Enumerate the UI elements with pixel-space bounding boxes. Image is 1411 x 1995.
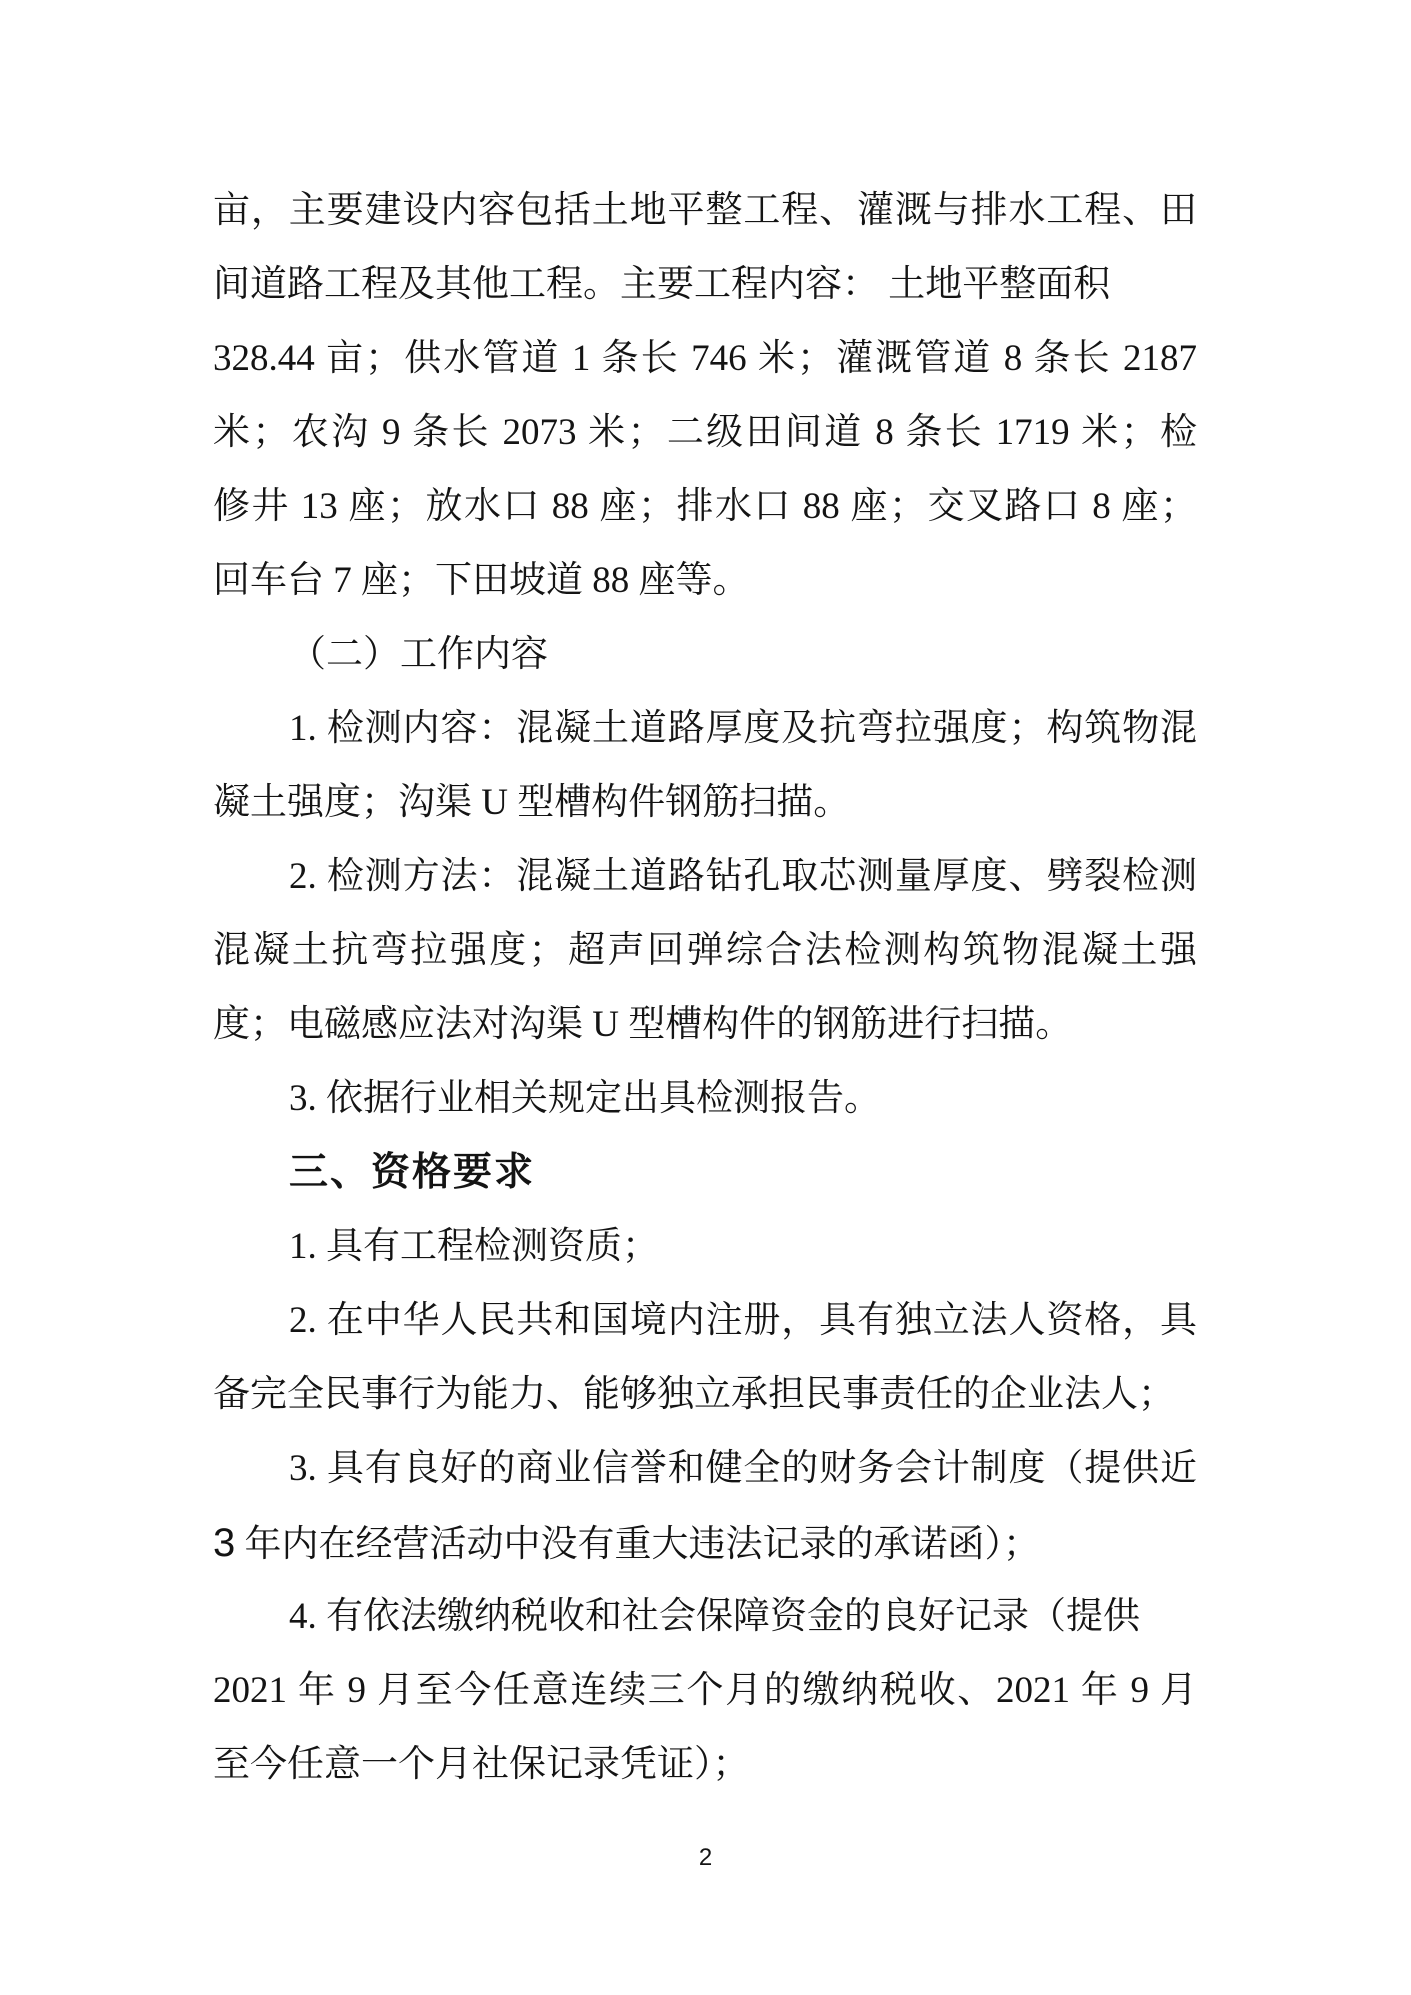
body-line-18: 3. 具有良好的商业信誉和健全的财务会计制度（提供近: [213, 1432, 1197, 1506]
subsection-heading-work-content: （二）工作内容: [213, 618, 1197, 692]
body-line-20: 4. 有依法缴纳税收和社会保障资金的良好记录（提供: [213, 1580, 1197, 1654]
body-line-13: 3. 依据行业相关规定出具检测报告。: [213, 1062, 1197, 1136]
body-line-6: 回车台 7 座；下田坡道 88 座等。: [213, 544, 1197, 618]
body-line-19: 3 年内在经营活动中没有重大违法记录的承诺函）；: [213, 1506, 1197, 1580]
body-line-3: 328.44 亩；供水管道 1 条长 746 米；灌溉管道 8 条长 2187: [213, 322, 1197, 396]
body-line-10: 2. 检测方法：混凝土道路钻孔取芯测量厚度、劈裂检测: [213, 840, 1197, 914]
body-line-9: 凝土强度；沟渠 U 型槽构件钢筋扫描。: [213, 766, 1197, 840]
body-line-19-number: 3: [213, 1521, 235, 1565]
body-line-12: 度；电磁感应法对沟渠 U 型槽构件的钢筋进行扫描。: [213, 988, 1197, 1062]
body-line-17: 备完全民事行为能力、能够独立承担民事责任的企业法人；: [213, 1358, 1197, 1432]
body-line-2: 间道路工程及其他工程。主要工程内容： 土地平整面积: [213, 248, 1197, 322]
body-line-8: 1. 检测内容：混凝土道路厚度及抗弯拉强度；构筑物混: [213, 692, 1197, 766]
body-line-19-text: 年内在经营活动中没有重大违法记录的承诺函）；: [235, 1524, 1040, 1565]
body-line-4: 米；农沟 9 条长 2073 米；二级田间道 8 条长 1719 米；检: [213, 396, 1197, 470]
body-line-11: 混凝土抗弯拉强度；超声回弹综合法检测构筑物混凝土强: [213, 914, 1197, 988]
body-line-21: 2021 年 9 月至今任意连续三个月的缴纳税收、2021 年 9 月: [213, 1654, 1197, 1728]
document-body: 亩，主要建设内容包括土地平整工程、灌溉与排水工程、田 间道路工程及其他工程。主要…: [213, 174, 1197, 1802]
page-number: 2: [0, 1843, 1411, 1873]
body-line-1: 亩，主要建设内容包括土地平整工程、灌溉与排水工程、田: [213, 174, 1197, 248]
section-heading-qualification-requirements: 三、资格要求: [213, 1136, 1197, 1210]
document-page: 亩，主要建设内容包括土地平整工程、灌溉与排水工程、田 间道路工程及其他工程。主要…: [0, 0, 1411, 1995]
body-line-16: 2. 在中华人民共和国境内注册，具有独立法人资格，具: [213, 1284, 1197, 1358]
body-line-5: 修井 13 座；放水口 88 座；排水口 88 座；交叉路口 8 座；: [213, 470, 1197, 544]
body-line-15: 1. 具有工程检测资质；: [213, 1210, 1197, 1284]
body-line-22: 至今任意一个月社保记录凭证）；: [213, 1728, 1197, 1802]
